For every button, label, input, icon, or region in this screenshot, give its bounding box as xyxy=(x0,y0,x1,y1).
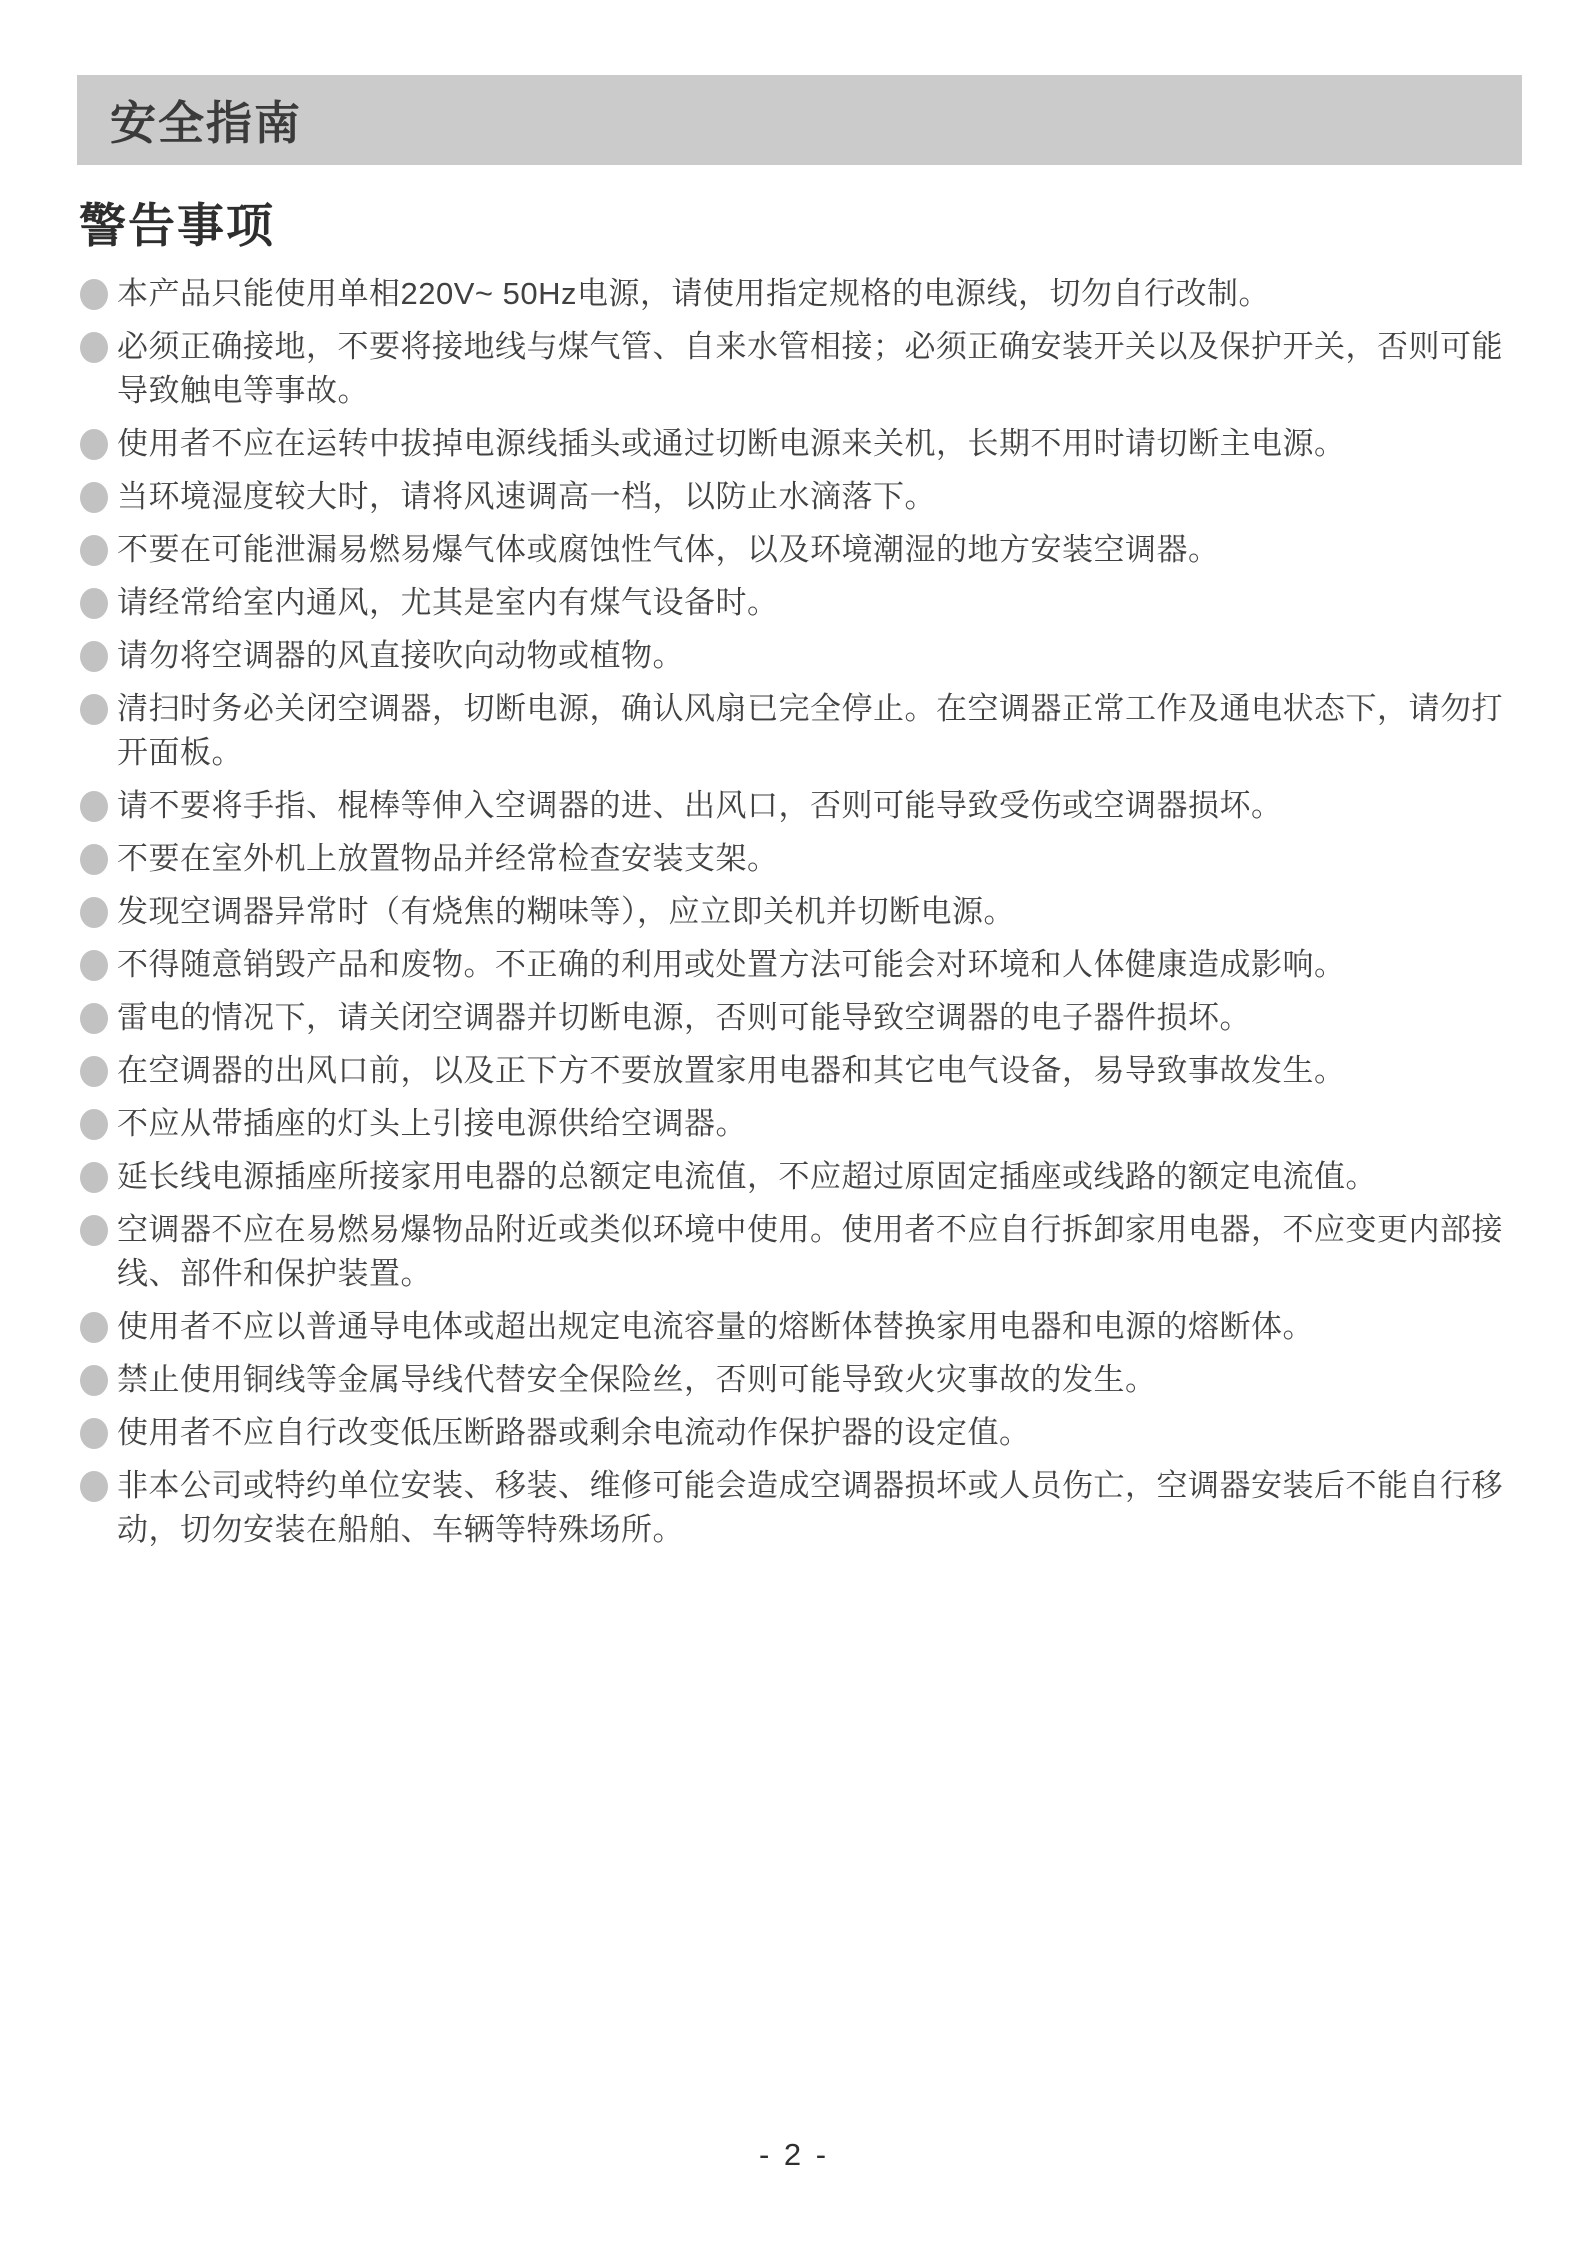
warning-text: 发现空调器异常时（有烧焦的糊味等），应立即关机并切断电源。 xyxy=(117,890,1015,934)
warnings-heading: 警告事项 xyxy=(79,189,1522,256)
warnings-list: 本产品只能使用单相220V~ 50Hz电源，请使用指定规格的电源线，切勿自行改制… xyxy=(0,272,1588,1552)
warning-text: 清扫时务必关闭空调器，切断电源，确认风扇已完全停止。在空调器正常工作及通电状态下… xyxy=(117,687,1520,775)
bullet-icon xyxy=(80,1056,108,1087)
bullet-icon xyxy=(80,1215,108,1246)
warning-item: 必须正确接地，不要将接地线与煤气管、自来水管相接；必须正确安装开关以及保护开关，… xyxy=(80,325,1520,413)
warning-item: 在空调器的出风口前，以及正下方不要放置家用电器和其它电气设备，易导致事故发生。 xyxy=(80,1049,1520,1093)
manual-page: 安全指南 警告事项 本产品只能使用单相220V~ 50Hz电源，请使用指定规格的… xyxy=(0,0,1588,2245)
bullet-icon xyxy=(80,279,108,310)
page-number: - 2 - xyxy=(0,2137,1588,2173)
bullet-icon xyxy=(80,791,108,822)
warning-text: 请不要将手指、棍棒等伸入空调器的进、出风口，否则可能导致受伤或空调器损坏。 xyxy=(117,784,1283,828)
warning-text: 使用者不应自行改变低压断路器或剩余电流动作保护器的设定值。 xyxy=(117,1411,1031,1455)
bullet-icon xyxy=(80,1365,108,1396)
section-title: 安全指南 xyxy=(77,87,302,153)
warning-text: 延长线电源插座所接家用电器的总额定电流值，不应超过原固定插座或线路的额定电流值。 xyxy=(117,1155,1377,1199)
warning-item: 不应从带插座的灯头上引接电源供给空调器。 xyxy=(80,1102,1520,1146)
warning-text: 空调器不应在易燃易爆物品附近或类似环境中使用。使用者不应自行拆卸家用电器，不应变… xyxy=(117,1208,1520,1296)
section-header-bar: 安全指南 xyxy=(77,75,1522,165)
bullet-icon xyxy=(80,694,108,725)
warning-item: 请经常给室内通风，尤其是室内有煤气设备时。 xyxy=(80,581,1520,625)
warning-text: 使用者不应以普通导电体或超出规定电流容量的熔断体替换家用电器和电源的熔断体。 xyxy=(117,1305,1314,1349)
warning-text: 禁止使用铜线等金属导线代替安全保险丝，否则可能导致火灾事故的发生。 xyxy=(117,1358,1157,1402)
bullet-icon xyxy=(80,1109,108,1140)
bullet-icon xyxy=(80,1162,108,1193)
bullet-icon xyxy=(80,482,108,513)
bullet-icon xyxy=(80,1003,108,1034)
warning-text: 请勿将空调器的风直接吹向动物或植物。 xyxy=(117,634,684,678)
warning-text: 本产品只能使用单相220V~ 50Hz电源，请使用指定规格的电源线，切勿自行改制… xyxy=(117,272,1270,316)
warning-text: 不要在可能泄漏易燃易爆气体或腐蚀性气体，以及环境潮湿的地方安装空调器。 xyxy=(117,528,1220,572)
bullet-icon xyxy=(80,332,108,363)
warning-item: 发现空调器异常时（有烧焦的糊味等），应立即关机并切断电源。 xyxy=(80,890,1520,934)
warning-item: 不得随意销毁产品和废物。不正确的利用或处置方法可能会对环境和人体健康造成影响。 xyxy=(80,943,1520,987)
warning-text: 不要在室外机上放置物品并经常检查安装支架。 xyxy=(117,837,779,881)
warning-item: 当环境湿度较大时，请将风速调高一档，以防止水滴落下。 xyxy=(80,475,1520,519)
warning-item: 请不要将手指、棍棒等伸入空调器的进、出风口，否则可能导致受伤或空调器损坏。 xyxy=(80,784,1520,828)
warning-item: 不要在室外机上放置物品并经常检查安装支架。 xyxy=(80,837,1520,881)
warning-item: 使用者不应自行改变低压断路器或剩余电流动作保护器的设定值。 xyxy=(80,1411,1520,1455)
warning-item: 本产品只能使用单相220V~ 50Hz电源，请使用指定规格的电源线，切勿自行改制… xyxy=(80,272,1520,316)
bullet-icon xyxy=(80,950,108,981)
warning-text: 必须正确接地，不要将接地线与煤气管、自来水管相接；必须正确安装开关以及保护开关，… xyxy=(117,325,1520,413)
bullet-icon xyxy=(80,535,108,566)
warning-item: 延长线电源插座所接家用电器的总额定电流值，不应超过原固定插座或线路的额定电流值。 xyxy=(80,1155,1520,1199)
warning-text: 非本公司或特约单位安装、移装、维修可能会造成空调器损坏或人员伤亡，空调器安装后不… xyxy=(117,1464,1520,1552)
bullet-icon xyxy=(80,1471,108,1502)
warning-item: 使用者不应以普通导电体或超出规定电流容量的熔断体替换家用电器和电源的熔断体。 xyxy=(80,1305,1520,1349)
bullet-icon xyxy=(80,1418,108,1449)
warning-item: 使用者不应在运转中拔掉电源线插头或通过切断电源来关机，长期不用时请切断主电源。 xyxy=(80,422,1520,466)
bullet-icon xyxy=(80,429,108,460)
warning-text: 当环境湿度较大时，请将风速调高一档，以防止水滴落下。 xyxy=(117,475,936,519)
warning-item: 雷电的情况下，请关闭空调器并切断电源，否则可能导致空调器的电子器件损坏。 xyxy=(80,996,1520,1040)
bullet-icon xyxy=(80,897,108,928)
warning-text: 使用者不应在运转中拔掉电源线插头或通过切断电源来关机，长期不用时请切断主电源。 xyxy=(117,422,1346,466)
warning-text: 不得随意销毁产品和废物。不正确的利用或处置方法可能会对环境和人体健康造成影响。 xyxy=(117,943,1346,987)
bullet-icon xyxy=(80,641,108,672)
bullet-icon xyxy=(80,1312,108,1343)
warning-item: 空调器不应在易燃易爆物品附近或类似环境中使用。使用者不应自行拆卸家用电器，不应变… xyxy=(80,1208,1520,1296)
warning-item: 禁止使用铜线等金属导线代替安全保险丝，否则可能导致火灾事故的发生。 xyxy=(80,1358,1520,1402)
bullet-icon xyxy=(80,588,108,619)
warning-text: 不应从带插座的灯头上引接电源供给空调器。 xyxy=(117,1102,747,1146)
warning-text: 雷电的情况下，请关闭空调器并切断电源，否则可能导致空调器的电子器件损坏。 xyxy=(117,996,1251,1040)
bullet-icon xyxy=(80,844,108,875)
warning-text: 在空调器的出风口前，以及正下方不要放置家用电器和其它电气设备，易导致事故发生。 xyxy=(117,1049,1346,1093)
warning-item: 非本公司或特约单位安装、移装、维修可能会造成空调器损坏或人员伤亡，空调器安装后不… xyxy=(80,1464,1520,1552)
warning-item: 请勿将空调器的风直接吹向动物或植物。 xyxy=(80,634,1520,678)
warning-text: 请经常给室内通风，尤其是室内有煤气设备时。 xyxy=(117,581,779,625)
warning-item: 不要在可能泄漏易燃易爆气体或腐蚀性气体，以及环境潮湿的地方安装空调器。 xyxy=(80,528,1520,572)
warning-item: 清扫时务必关闭空调器，切断电源，确认风扇已完全停止。在空调器正常工作及通电状态下… xyxy=(80,687,1520,775)
